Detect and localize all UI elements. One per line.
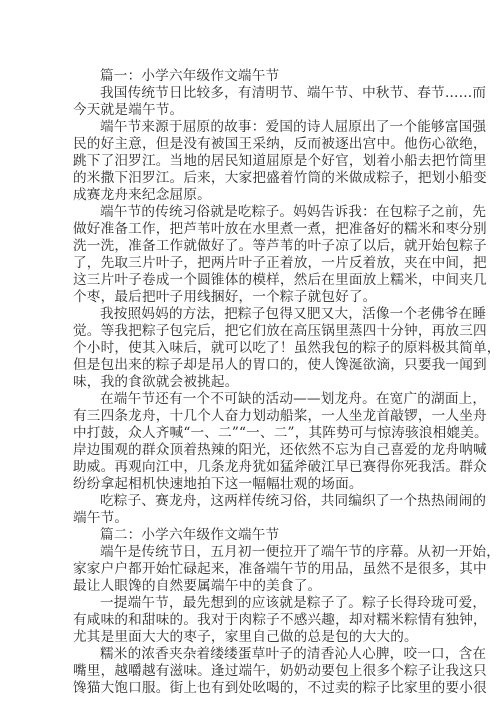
text-line: 成赛龙舟来纪念屈原。 — [73, 187, 429, 204]
text-line: 家家户户都开始忙碌起来，准备端午节的用品，虽然不是很多，其中 — [73, 561, 429, 578]
text-line: 助威。再观向江中，几条龙舟犹如猛斧破江早已赛得你死我活。群众 — [73, 459, 429, 476]
text-line: 我国传统节日比较多，有清明节、端午节、中秋节、春节……而 — [73, 85, 429, 102]
text-line: 有咸味的和甜味的。我对于肉粽子不感兴趣，却对糯米粽情有独钟， — [73, 612, 429, 629]
text-line: 尤其是里面大大的枣子，家里自己做的总是包的大大的。 — [73, 629, 429, 646]
text-line: 个枣，最后把叶子用线捆好，一个粽子就包好了。 — [73, 289, 429, 306]
text-line: 在端午节还有一个不可缺的活动——划龙舟。在宽广的湖面上， — [73, 391, 429, 408]
text-line: 端午是传统节日，五月初一便拉开了端午节的序幕。从初一开始， — [73, 544, 429, 561]
text-line: 端午节来源于屈原的故事：爱国的诗人屈原出了一个能够富国强 — [73, 119, 429, 136]
text-line: 洗一洗，准备工作就做好了。等芦苇的叶子凉了以后，就开始包粽子 — [73, 238, 429, 255]
section-heading: 篇二：小学六年级作文端午节 — [73, 527, 429, 544]
text-line: 馋猫大饱口服。街上也有到处吆喝的，不过卖的粽子比家里的要小很 — [73, 680, 429, 697]
text-line: 一提端午节，最先想到的应该就是粽子了。粽子长得玲珑可爱， — [73, 595, 429, 612]
text-line: 做好准备工作，把芦苇叶放在水里煮一煮，把准备好的糯米和枣分别 — [73, 221, 429, 238]
text-line: 嘴里，越嚼越有滋味。逢过端午，奶奶动要包上很多个粽子让我这只 — [73, 663, 429, 680]
text-line: 我按照妈妈的方法，把粽子包得又肥又大，活像一个老佛爷在睡 — [73, 306, 429, 323]
text-line: 跳下了汨罗江。当地的居民知道屈原是个好官，划着小船去把竹筒里 — [73, 153, 429, 170]
text-line: 糯米的浓香夹杂着缕缕蛋草叶子的清香沁人心脾，咬一口，含在 — [73, 646, 429, 663]
text-line: 味，我的食欲就会被挑起。 — [73, 374, 429, 391]
text-line: 今天就是端午节。 — [73, 102, 429, 119]
text-line: 但是包出来的粽子却是吊人的胃口的，使人馋涎欲滴，只要我一闻到 — [73, 357, 429, 374]
text-line: 岸边围观的群众顶着热辣的阳光，还依然不忘为自己喜爱的龙舟呐喊 — [73, 442, 429, 459]
section-heading: 篇一：小学六年级作文端午节 — [73, 68, 429, 85]
text-line: 端午节。 — [73, 510, 429, 527]
text-line: 端午节的传统习俗就是吃粽子。妈妈告诉我：在包粽子之前，先 — [73, 204, 429, 221]
text-line: 中打鼓，众人齐喊“一、二”“一、二”，其阵势可与惊涛骇浪相媲美。 — [73, 425, 429, 442]
text-line: 个小时，使其入味后，就可以吃了！虽然我包的粽子的原料极其简单， — [73, 340, 429, 357]
text-line: 了，先取三片叶子，把两片叶子正着放，一片反着放，夹在中间，把 — [73, 255, 429, 272]
text-line: 这三片叶子卷成一个圆锥体的模样，然后在里面放上糯米，中间夹几 — [73, 272, 429, 289]
text-line: 民的好主意，但是没有被国王采纳，反而被逐出宫中。他伤心欲绝， — [73, 136, 429, 153]
text-line: 有三四条龙舟，十几个人奋力划动船桨，一人坐龙首敲锣，一人坐舟 — [73, 408, 429, 425]
document-page: 篇一：小学六年级作文端午节我国传统节日比较多，有清明节、端午节、中秋节、春节……… — [73, 68, 429, 697]
text-line: 觉。等我把粽子包完后，把它们放在高压锅里蒸四十分钟，再放三四 — [73, 323, 429, 340]
text-line: 的米撒下汨罗江。后来，大家把盛着竹筒的米做成粽子，把划小船变 — [73, 170, 429, 187]
text-line: 最让人眼馋的自然要属端午中的美食了。 — [73, 578, 429, 595]
text-line: 吃粽子、赛龙舟，这两样传统习俗，共同编织了一个热热闹闹的 — [73, 493, 429, 510]
text-line: 纷纷拿起相机快速地拍下这一幅幅壮观的场面。 — [73, 476, 429, 493]
